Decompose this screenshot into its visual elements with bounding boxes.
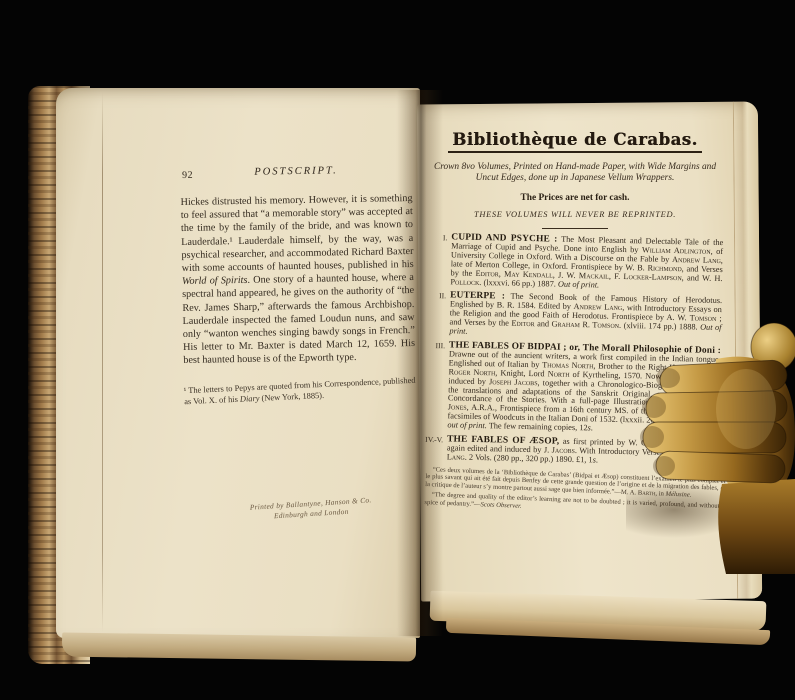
book-photograph: 92 POSTSCRIPT. Hickes distrusted his mem… [0,0,795,700]
left-page-crease [102,92,103,632]
item-numeral: IV.-V. [424,436,443,445]
fingertip-shade [656,368,680,388]
fingertip-shade [653,456,675,476]
page-number: 92 [182,170,193,181]
item-numeral: III. [426,342,445,351]
body-paragraph: Hickes distrusted his memory. However, i… [180,192,415,368]
left-page-text: 92 POSTSCRIPT. Hickes distrusted his mem… [180,164,416,404]
catalog-title: Bibliothèque de Carabas. [448,130,701,153]
fingertip-shade [642,396,666,418]
item-numeral: I. [428,234,447,243]
item-description: The Most Pleasant and Delectable Tale of… [450,234,723,288]
knuckle-highlight [716,369,776,449]
catalog-item-1: I.CUPID AND PSYCHE : The Most Pleasant a… [430,233,723,293]
section-rule [542,228,608,229]
brass-hand-sculpture [626,314,795,574]
item-numeral: II. [427,292,446,301]
reprint-note: THESE VOLUMES WILL NEVER BE REPRINTED. [429,210,721,219]
wrist [718,479,795,574]
left-page-header: 92 POSTSCRIPT. [180,164,412,184]
catalog-intro: Crown 8vo Volumes, Printed on Hand-made … [429,162,721,185]
price-note: The Prices are net for cash. [429,193,721,203]
fingertip-shade [640,426,664,448]
left-page-bottom-edge [62,633,416,662]
little-finger [656,451,786,483]
